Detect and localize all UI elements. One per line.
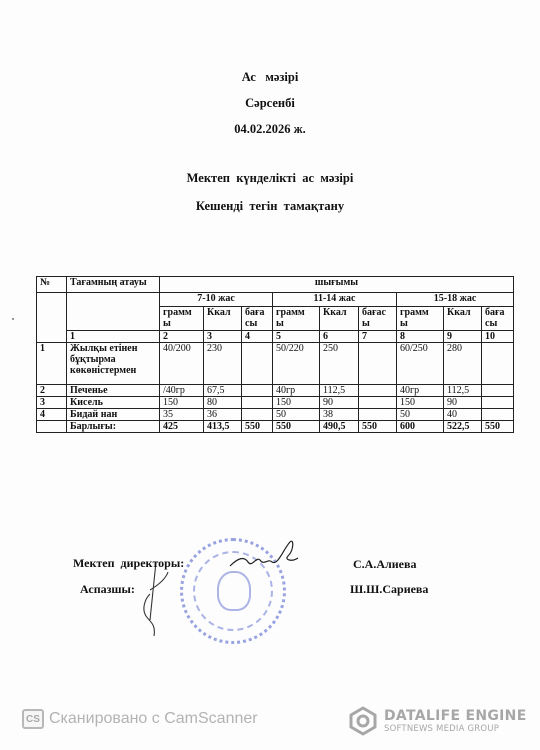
column-number: 10 xyxy=(482,331,514,343)
camscanner-watermark: CS Сканировано с CamScanner xyxy=(22,708,258,730)
menu-table: № Тағамның атауы шығымы 7-10 жас 11-14 ж… xyxy=(36,276,514,433)
header-blank xyxy=(67,293,160,331)
cell-gram: 50/220 xyxy=(273,343,320,385)
age-group-15-18: 15-18 жас xyxy=(397,293,514,307)
sub-header-gram: граммы xyxy=(160,307,204,331)
cell-gram: 60/250 xyxy=(397,343,444,385)
row-number: 3 xyxy=(37,397,67,409)
total-row: Барлығы: 425 413,5 550 550 490,5 550 600… xyxy=(37,421,514,433)
cook-label: Аспазшы: xyxy=(80,582,135,597)
cell-price xyxy=(359,385,397,397)
cell-gram: 150 xyxy=(397,397,444,409)
column-number: 6 xyxy=(320,331,359,343)
total-kcal: 490,5 xyxy=(320,421,359,433)
header-row: № Тағамның атауы шығымы xyxy=(37,277,514,293)
datalife-title: DATALIFE ENGINE xyxy=(384,708,527,724)
row-number: 1 xyxy=(37,343,67,385)
director-label: Мектеп директоры: xyxy=(73,556,184,571)
cell-kcal: 112,5 xyxy=(320,385,359,397)
cell-gram: 40гр xyxy=(397,385,444,397)
weekday: Сәрсенбі xyxy=(0,96,540,111)
cell-gram: /40гр xyxy=(160,385,204,397)
total-gram: 425 xyxy=(160,421,204,433)
table-row: 1 Жылқы етіненбұқтырмакөкөністермен 40/2… xyxy=(37,343,514,385)
cell-gram: 40/200 xyxy=(160,343,204,385)
cell-kcal: 230 xyxy=(204,343,242,385)
menu-date: 04.02.2026 ж. xyxy=(0,122,540,137)
cell-kcal: 250 xyxy=(320,343,359,385)
datalife-engine-watermark: DATALIFE ENGINE SOFTNEWS MEDIA GROUP xyxy=(348,706,527,736)
sub-header-kcal: Ккал xyxy=(320,307,359,331)
total-gram: 600 xyxy=(397,421,444,433)
dish-name: Кисель xyxy=(67,397,160,409)
cell-gram: 50 xyxy=(273,409,320,421)
total-price: 550 xyxy=(242,421,273,433)
sub-header-kcal: Ккал xyxy=(444,307,482,331)
table-row: 2 Печенье /40гр 67,5 40гр 112,5 40гр 112… xyxy=(37,385,514,397)
cell-kcal: 112,5 xyxy=(444,385,482,397)
column-number: 9 xyxy=(444,331,482,343)
datalife-subtitle: SOFTNEWS MEDIA GROUP xyxy=(384,724,527,734)
camscanner-text: Сканировано с CamScanner xyxy=(49,710,258,728)
dish-name: Печенье xyxy=(67,385,160,397)
cell-kcal: 36 xyxy=(204,409,242,421)
row-number: 4 xyxy=(37,409,67,421)
age-group-row: 7-10 жас 11-14 жас 15-18 жас xyxy=(37,293,514,307)
cell-price xyxy=(242,409,273,421)
cell-price xyxy=(482,397,514,409)
cell-kcal: 90 xyxy=(320,397,359,409)
cell-price xyxy=(482,409,514,421)
column-number: 4 xyxy=(242,331,273,343)
column-number: 8 xyxy=(397,331,444,343)
column-number: 1 xyxy=(67,331,160,343)
cell-kcal: 90 xyxy=(444,397,482,409)
cell-gram: 35 xyxy=(160,409,204,421)
sub-header-gram: граммы xyxy=(273,307,320,331)
total-gram: 550 xyxy=(273,421,320,433)
header-output: шығымы xyxy=(160,277,514,293)
cell-price xyxy=(482,343,514,385)
table-row: 4 Бидай нан 35 36 50 38 50 40 xyxy=(37,409,514,421)
cell-kcal: 40 xyxy=(444,409,482,421)
cell-gram: 40гр xyxy=(273,385,320,397)
age-group-7-10: 7-10 жас xyxy=(160,293,273,307)
cell-price xyxy=(359,397,397,409)
header-blank xyxy=(37,293,67,343)
dish-name: Бидай нан xyxy=(67,409,160,421)
datalife-logo-icon xyxy=(348,706,378,736)
cell-kcal: 38 xyxy=(320,409,359,421)
column-number: 7 xyxy=(359,331,397,343)
table-row: 3 Кисель 150 80 150 90 150 90 xyxy=(37,397,514,409)
sub-header-price: бағасы xyxy=(242,307,273,331)
column-number-row: 1 2 3 4 5 6 7 8 9 10 xyxy=(37,331,514,343)
total-kcal: 413,5 xyxy=(204,421,242,433)
age-group-11-14: 11-14 жас xyxy=(273,293,397,307)
column-number: 3 xyxy=(204,331,242,343)
cell-kcal: 280 xyxy=(444,343,482,385)
header-dish-name: Тағамның атауы xyxy=(67,277,160,293)
sub-header-gram: граммы xyxy=(397,307,444,331)
document-subtitle: Мектеп күнделікті ас мәзірі xyxy=(0,171,540,186)
total-kcal: 522,5 xyxy=(444,421,482,433)
sub-header-price: бағасы xyxy=(482,307,514,331)
cell-gram: 150 xyxy=(160,397,204,409)
document-title: Ас мәзірі xyxy=(0,70,540,85)
camscanner-icon: CS xyxy=(22,709,44,729)
sub-header-price: бағасы xyxy=(359,307,397,331)
cook-signature xyxy=(140,560,170,640)
cell-gram: 150 xyxy=(273,397,320,409)
total-label: Барлығы: xyxy=(67,421,160,433)
cell-price xyxy=(242,385,273,397)
cell-price xyxy=(359,343,397,385)
row-number: 2 xyxy=(37,385,67,397)
total-price: 550 xyxy=(359,421,397,433)
dish-name: Жылқы етіненбұқтырмакөкөністермен xyxy=(67,343,160,385)
cell-price xyxy=(482,385,514,397)
cook-name: Ш.Ш.Сариева xyxy=(350,582,428,597)
column-number: 2 xyxy=(160,331,204,343)
cell-gram: 50 xyxy=(397,409,444,421)
director-name: С.А.Алиева xyxy=(353,557,416,572)
sub-header-kcal: Ккал xyxy=(204,307,242,331)
header-number: № xyxy=(37,277,67,293)
cell-price xyxy=(242,397,273,409)
column-number: 5 xyxy=(273,331,320,343)
total-price: 550 xyxy=(482,421,514,433)
total-blank xyxy=(37,421,67,433)
cell-price xyxy=(359,409,397,421)
scan-speck xyxy=(12,318,14,320)
program-name: Кешенді тегін тамақтану xyxy=(0,199,540,214)
director-signature xyxy=(228,540,300,580)
cell-price xyxy=(242,343,273,385)
cell-kcal: 80 xyxy=(204,397,242,409)
cell-kcal: 67,5 xyxy=(204,385,242,397)
